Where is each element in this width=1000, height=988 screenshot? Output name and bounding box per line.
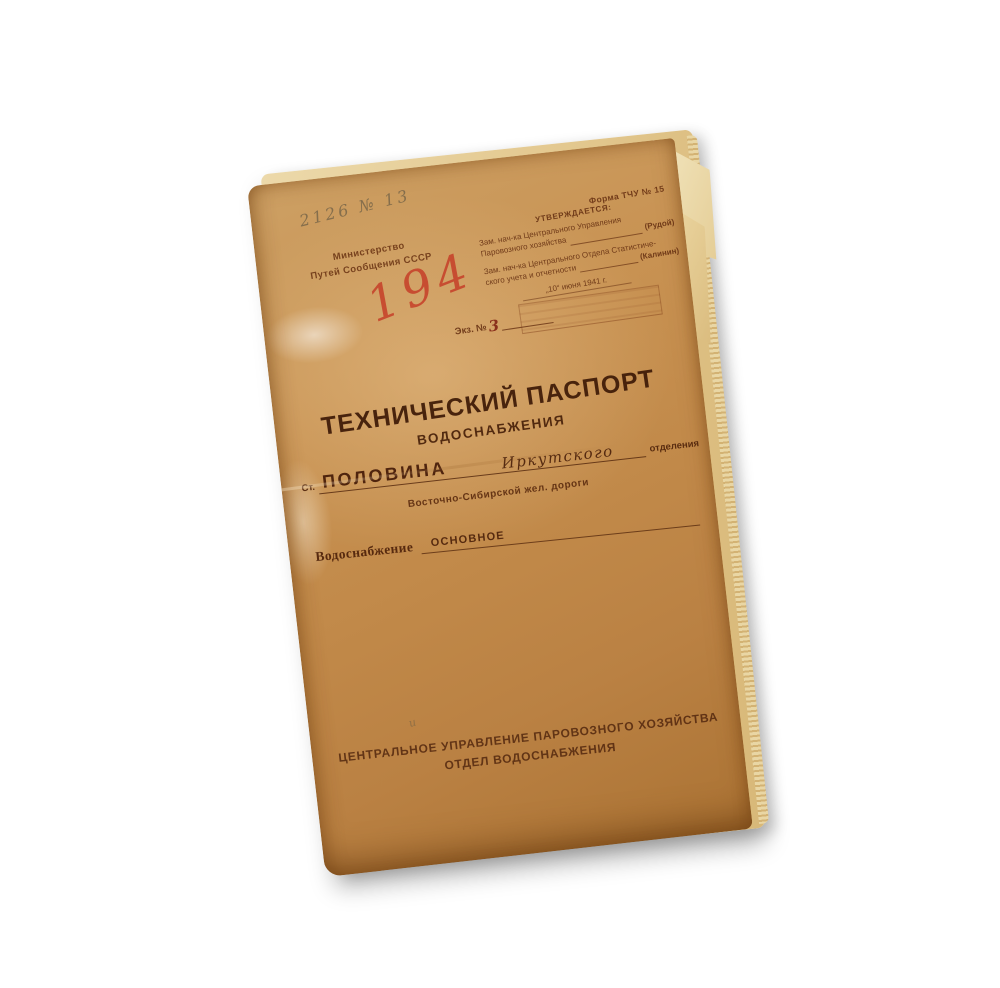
paper-crease — [281, 432, 708, 491]
station-line: Ст. ПОЛОВИНА Иркутского отделения — [300, 429, 700, 496]
water-supply-underline: основное — [420, 506, 700, 555]
water-supply-value-handwritten: основное — [430, 530, 505, 550]
water-supply-label: Водоснабжение — [315, 539, 414, 565]
issuing-organization-block: ЦЕНТРАЛЬНОЕ УПРАВЛЕНИЕ ПАРОВОЗНОГО ХОЗЯЙ… — [325, 706, 733, 787]
pencil-inventory-note: 2126 № 13 — [298, 186, 413, 231]
photo-background: 2126 № 13 Форма ТЧУ № 15 Министерство Пу… — [0, 0, 1000, 988]
document-cover: 2126 № 13 Форма ТЧУ № 15 Министерство Пу… — [247, 138, 753, 877]
copy-number-value: 3 — [488, 319, 500, 332]
small-pencil-mark: и — [407, 716, 417, 730]
copy-number-label: Экз. № — [454, 322, 487, 338]
